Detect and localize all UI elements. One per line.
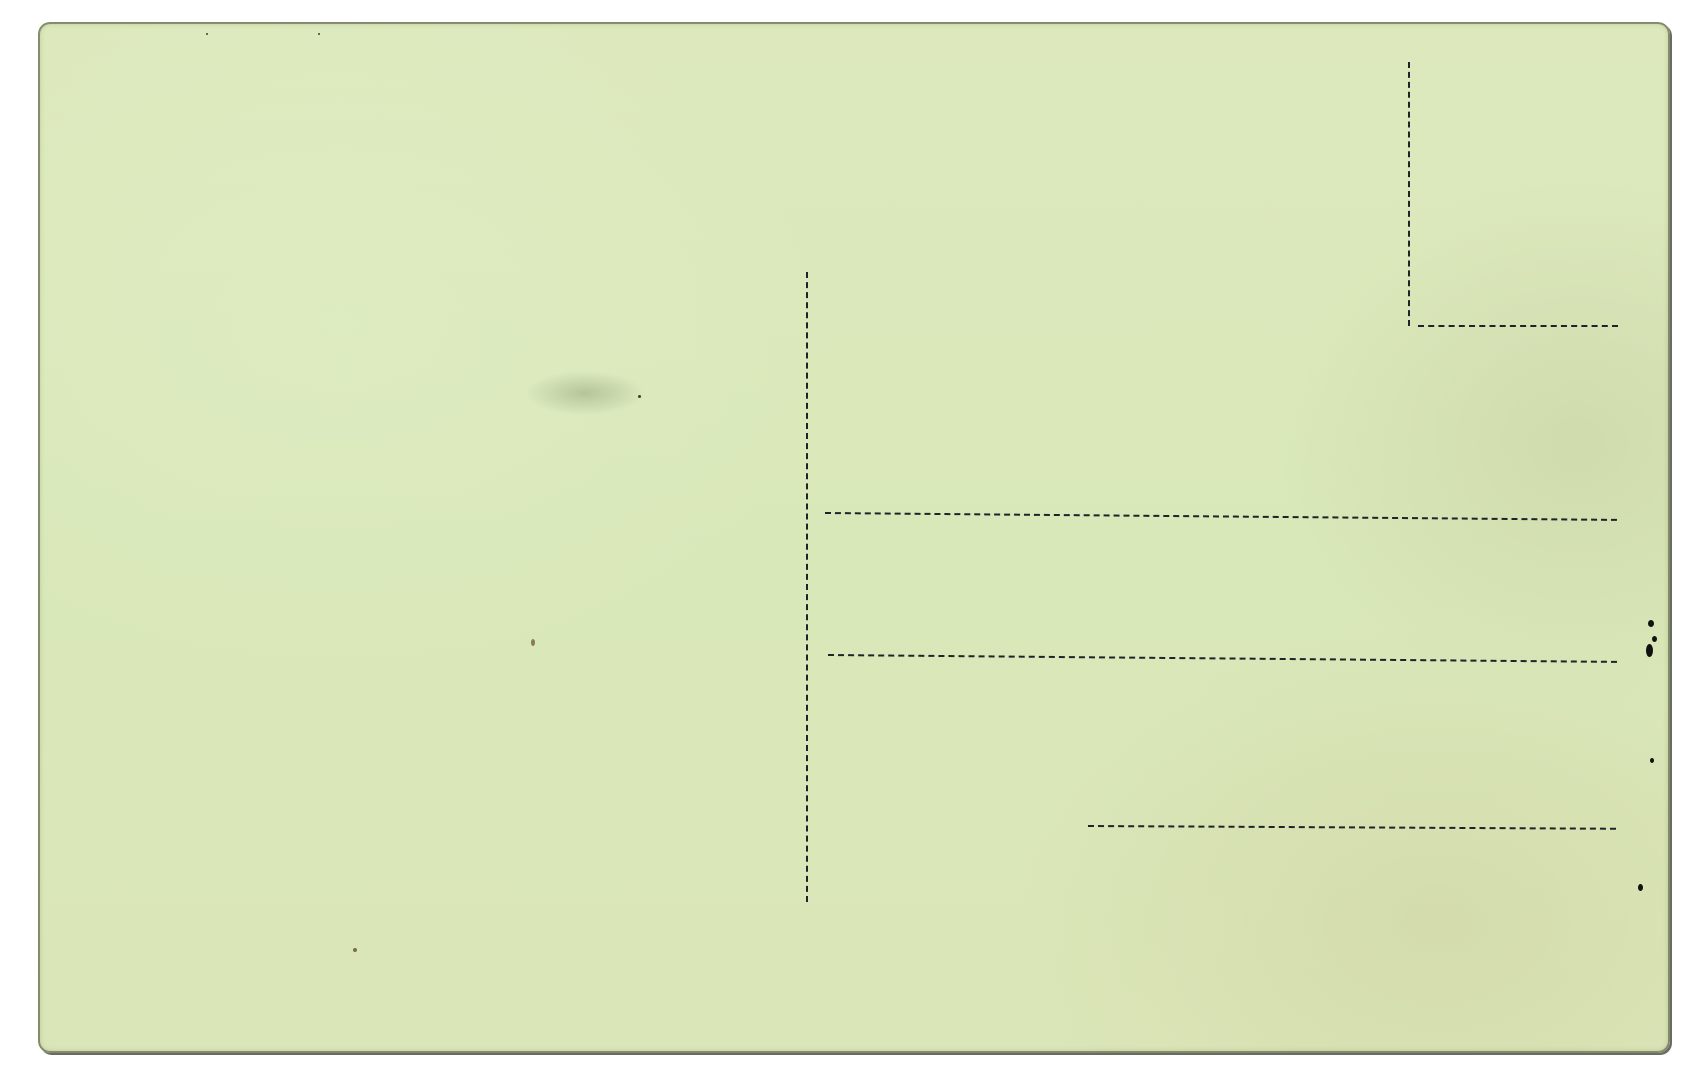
stamp-box <box>1408 62 1618 328</box>
ink-speck <box>353 948 357 952</box>
ink-speck <box>638 395 641 398</box>
ink-blot <box>1650 758 1654 763</box>
address-line-1[interactable] <box>825 512 1617 521</box>
ink-blot <box>1638 884 1643 891</box>
postcard-back <box>38 22 1670 1053</box>
ink-speck <box>206 33 208 35</box>
stamp-box-left-edge <box>1408 62 1410 326</box>
ink-blot <box>1652 636 1657 642</box>
ink-speck <box>531 639 535 646</box>
ink-blot <box>1646 644 1653 657</box>
address-line-3[interactable] <box>1088 825 1616 830</box>
stamp-box-bottom-edge <box>1418 325 1618 327</box>
ink-blot <box>1648 620 1654 627</box>
ink-speck <box>318 33 320 35</box>
message-area <box>38 22 803 1053</box>
address-line-2[interactable] <box>828 654 1617 663</box>
center-divider <box>806 272 808 902</box>
